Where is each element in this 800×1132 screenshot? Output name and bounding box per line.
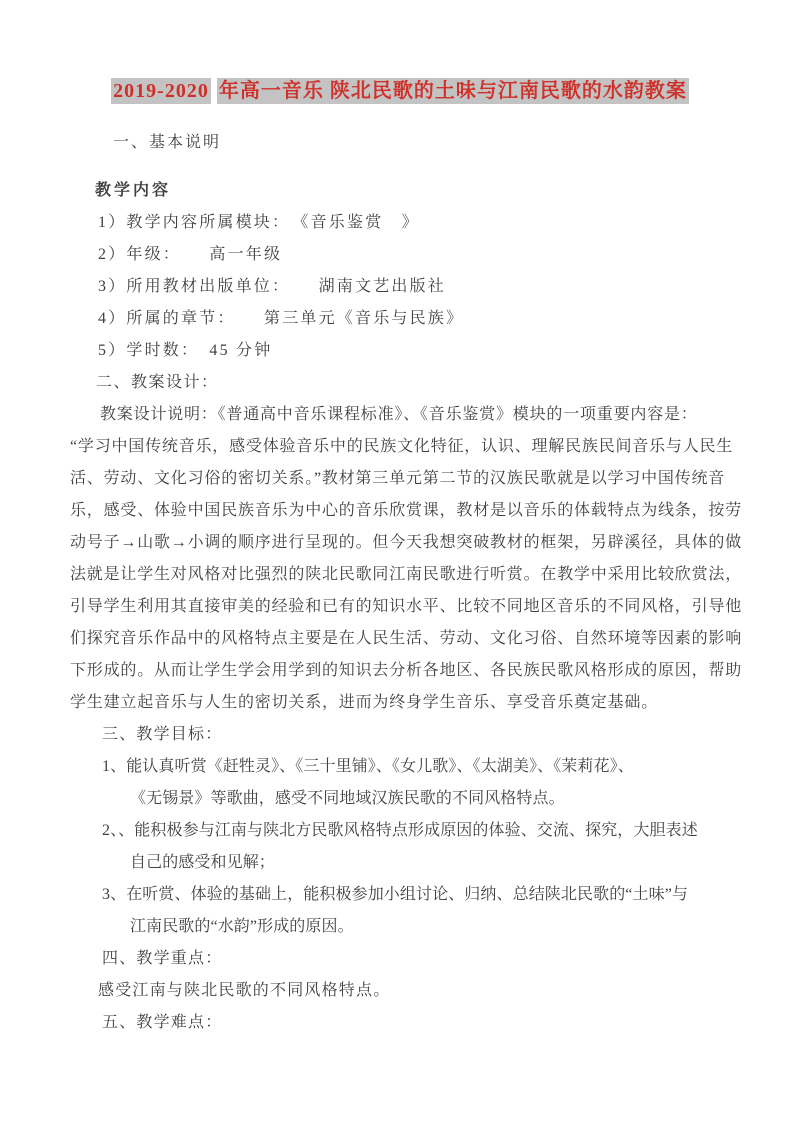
design-paragraph-line: 教案设计说明：《普通高中音乐课程标准》、《音乐鉴赏》模块的一项重要内容是：: [100, 399, 800, 431]
teaching-content-heading: 教学内容: [95, 175, 800, 207]
key-point-text: 感受江南与陕北民歌的不同风格特点。: [98, 975, 800, 1007]
section-2-heading: 二、教案设计：: [96, 367, 800, 399]
design-paragraph-line: 乐，感受、体验中国民族音乐为中心的音乐欣赏课，教材是以音乐的体载特点为线条，按劳: [70, 495, 800, 527]
goal-line: 1、能认真听赏《赶牲灵》、《三十里铺》、《女儿歌》、《太湖美》、《茉莉花》、: [102, 751, 800, 783]
basic-info-item: 2）年级： 高一年级: [98, 239, 800, 271]
goal-line: 江南民歌的“水韵”形成的原因。: [130, 911, 800, 943]
document-title: 2019-2020 年高一音乐 陕北民歌的土味与江南民歌的水韵教案: [0, 76, 800, 106]
design-paragraph-line: 活、劳动、文化习俗的密切关系。”教材第三单元第二节的汉族民歌就是以学习中国传统音: [70, 463, 800, 495]
goal-line: 自己的感受和见解；: [130, 847, 800, 879]
basic-info-item: 4）所属的章节： 第三单元《音乐与民族》: [98, 303, 800, 335]
basic-info-item: 3）所用教材出版单位： 湖南文艺出版社: [98, 271, 800, 303]
document-page: 2019-2020 年高一音乐 陕北民歌的土味与江南民歌的水韵教案 一、基本说明…: [0, 0, 800, 1132]
design-paragraph-line: 下形成的。从而让学生学会用学到的知识去分析各地区、各民族民歌风格形成的原因，帮助: [70, 655, 800, 687]
design-paragraph-line: 们探究音乐作品中的风格特点主要是在人民生活、劳动、文化习俗、自然环境等因素的影响: [70, 623, 800, 655]
design-paragraph-line: 引导学生利用其直接审美的经验和已有的知识水平、比较不同地区音乐的不同风格，引导他: [70, 591, 800, 623]
design-paragraph-line: 动号子→山歌→小调的顺序进行呈现的。但今天我想突破教材的框架，另辟溪径，具体的做: [70, 527, 800, 559]
goal-line: 2、、能积极参与江南与陕北方民歌风格特点形成原因的体验、交流、探究，大胆表述: [102, 815, 800, 847]
document-body: 教学内容 1）教学内容所属模块： 《音乐鉴赏 》 2）年级： 高一年级 3）所用…: [0, 175, 800, 1039]
section-3-heading: 三、教学目标：: [102, 719, 800, 751]
goal-line: 《无锡景》等歌曲，感受不同地域汉族民歌的不同风格特点。: [130, 783, 800, 815]
design-paragraph-line: “学习中国传统音乐，感受体验音乐中的民族文化特征，认识、理解民族民间音乐与人民生: [70, 431, 800, 463]
basic-info-item: 5）学时数： 45 分钟: [98, 335, 800, 367]
title-highlight-run-1: 2019-2020: [111, 78, 211, 104]
basic-info-item: 1）教学内容所属模块： 《音乐鉴赏 》: [98, 207, 800, 239]
design-paragraph-line: 学生建立起音乐与人生的密切关系，进而为终身学生音乐、享受音乐奠定基础。: [70, 687, 800, 719]
title-highlight-run-2: 年高一音乐 陕北民歌的土味与江南民歌的水韵教案: [217, 78, 689, 104]
section-1-heading: 一、基本说明: [113, 132, 221, 154]
design-paragraph-line: 法就是让学生对风格对比强烈的陕北民歌同江南民歌进行听赏。在教学中采用比较欣赏法，: [70, 559, 800, 591]
section-5-heading: 五、教学难点：: [102, 1007, 800, 1039]
section-4-heading: 四、教学重点：: [102, 943, 800, 975]
goal-line: 3、在听赏、体验的基础上，能积极参加小组讨论、归纳、总结陕北民歌的“土味”与: [102, 879, 800, 911]
